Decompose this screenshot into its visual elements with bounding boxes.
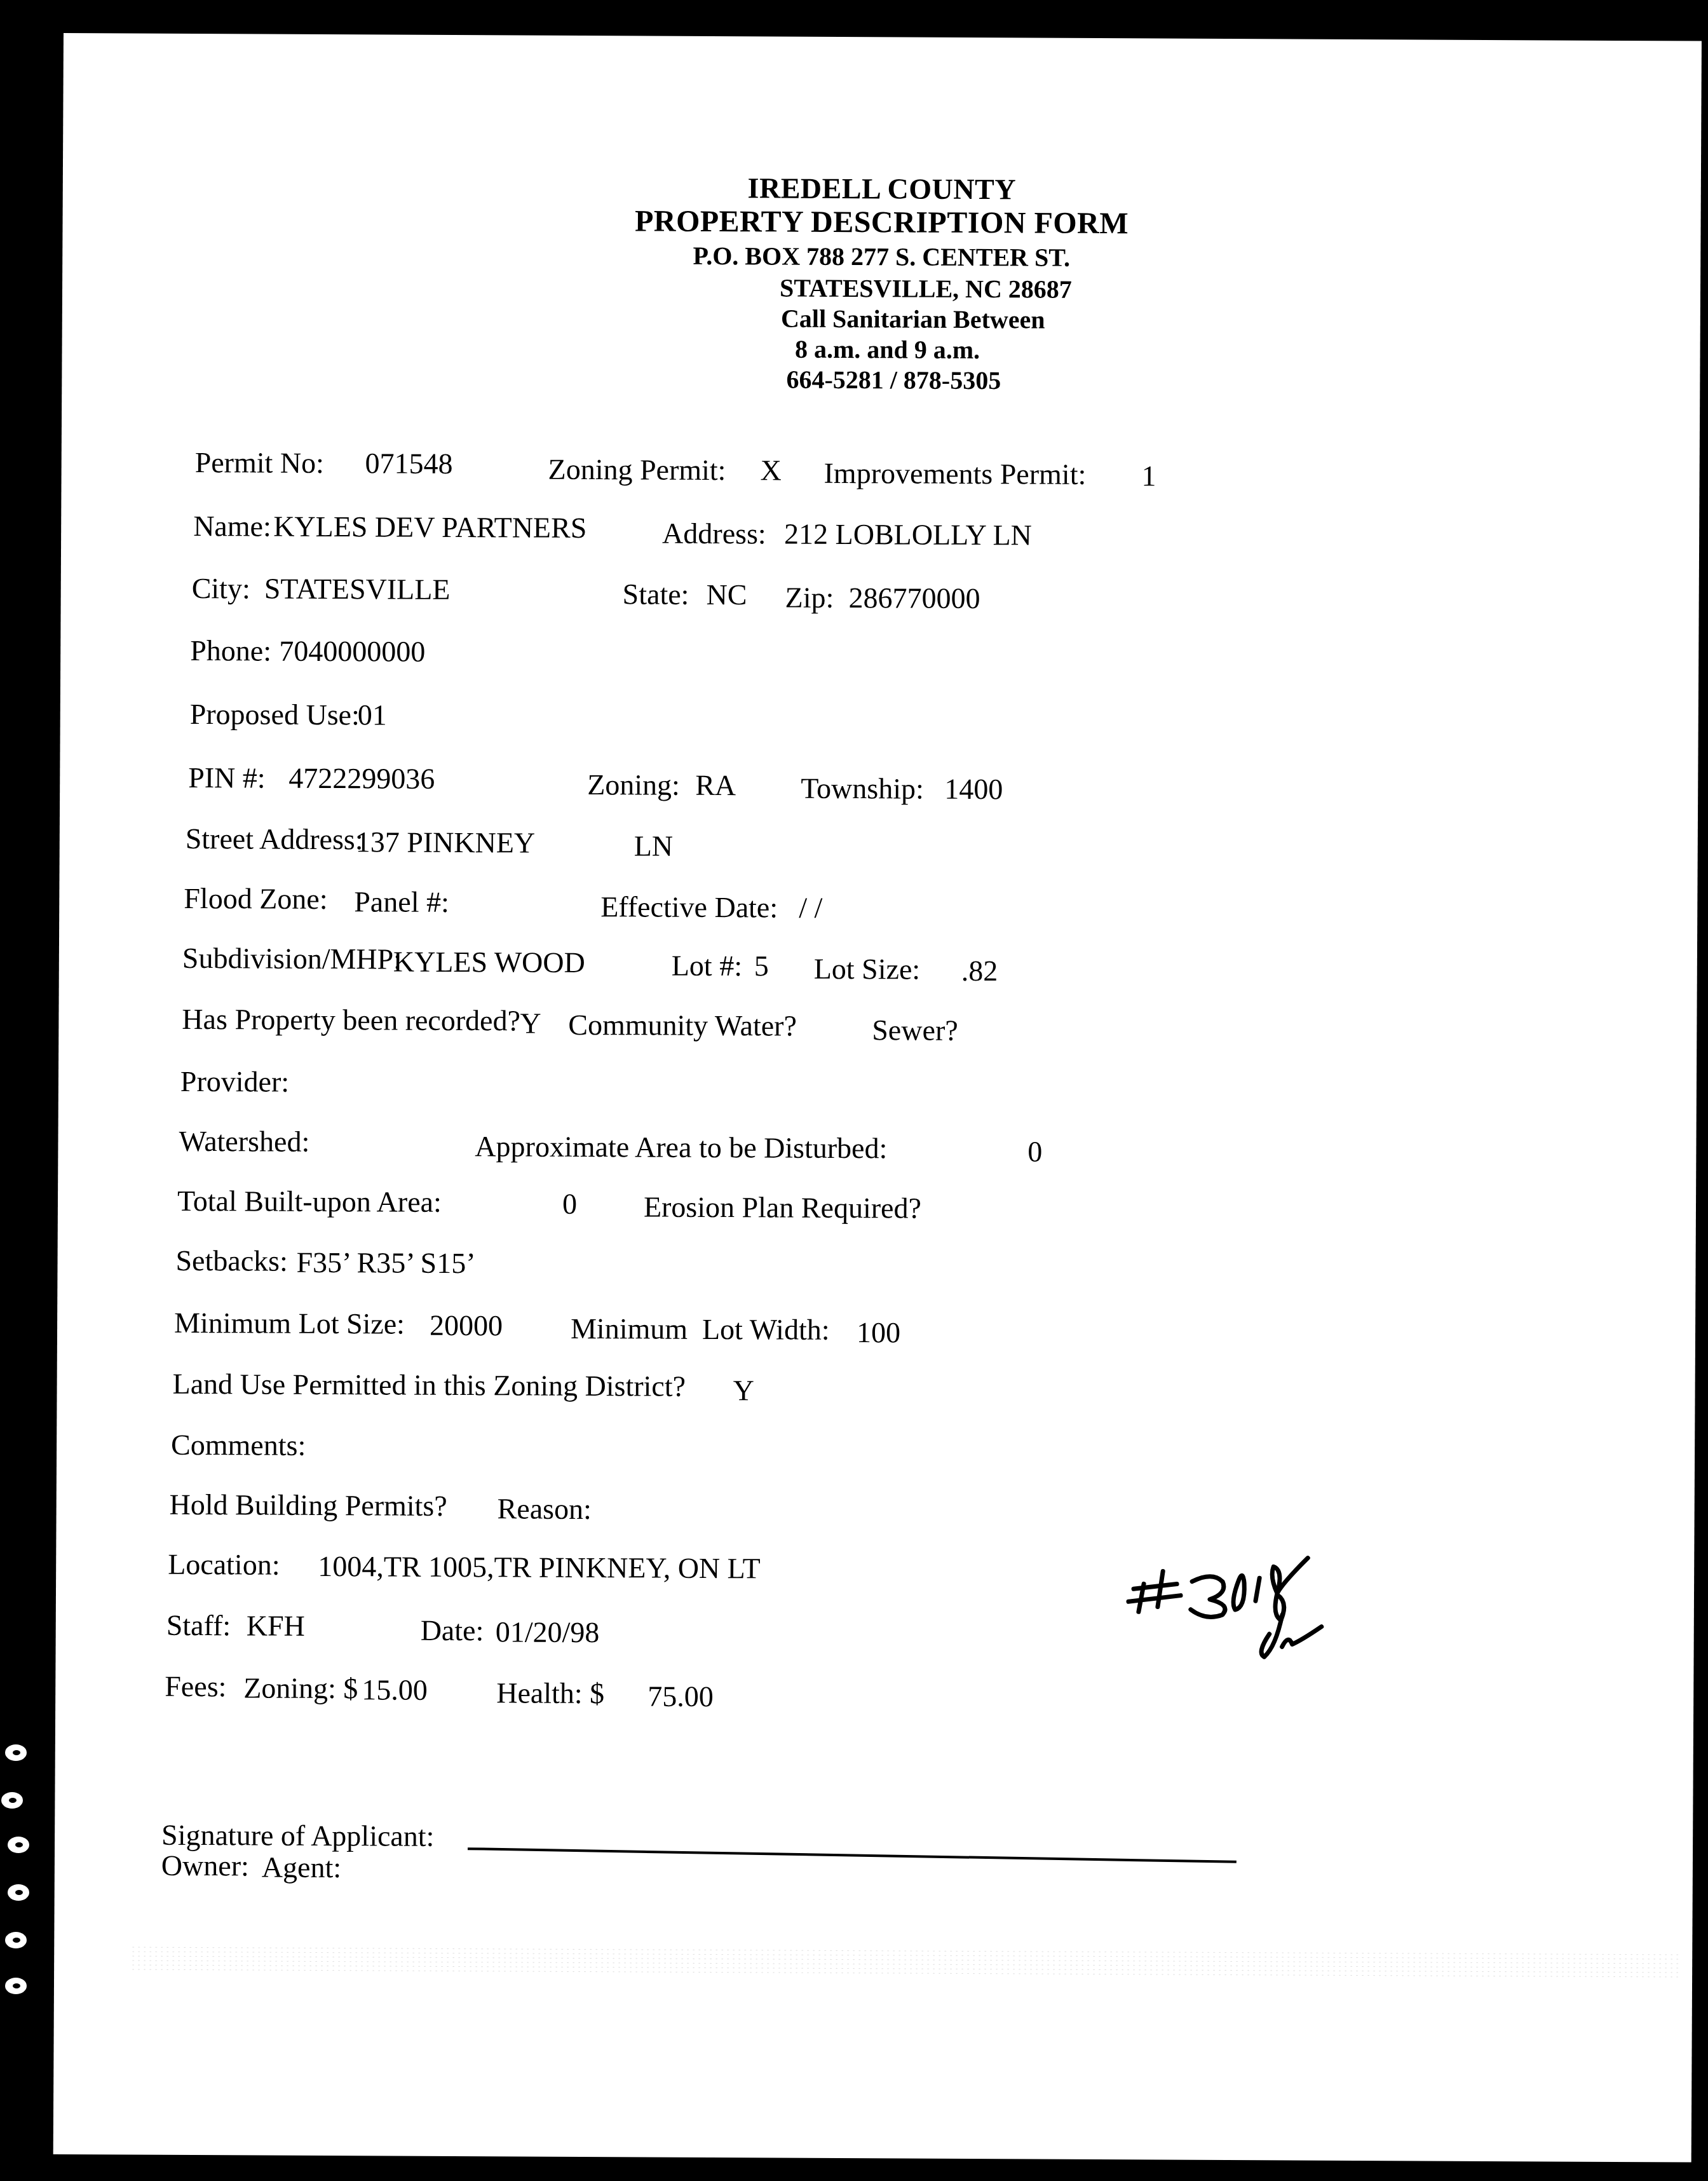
setbacks-value: F35’ R35’ S15’ [296,1248,475,1278]
health-fee-value: 75.00 [647,1682,714,1712]
pin-value: 4722299036 [288,764,435,794]
setbacks-label: Setbacks: [175,1246,288,1276]
erosion-plan-label: Erosion Plan Required? [644,1192,921,1223]
punch-hole [1,1792,23,1809]
min-lot-size-label: Minimum Lot Size: [174,1308,405,1339]
signature-line[interactable] [468,1847,1237,1863]
signature-label: Signature of Applicant: [161,1821,434,1851]
punch-hole [5,1744,27,1761]
staff-value: KFH [247,1611,305,1640]
lot-size-value: .82 [961,956,998,986]
date-label: Date: [421,1616,484,1645]
mailing-address: P.O. BOX 788 277 S. CENTER ST. [62,238,1700,276]
proposed-use-label: Proposed Use: [190,700,360,730]
subdivision-label: Subdivision/MHP: [182,944,402,974]
recorded-value: Y [520,1009,541,1038]
effective-date-value: / / [799,893,822,923]
location-label: Location: [168,1550,280,1580]
zoning-permit-value: X [761,456,782,485]
zip-value: 286770000 [849,583,980,613]
sewer-label: Sewer? [872,1016,958,1045]
min-lot-size-value: 20000 [430,1311,503,1341]
effective-date-label: Effective Date: [600,892,778,922]
agent-label: Agent: [262,1853,341,1883]
phone-label: Phone: [190,636,271,666]
panel-label: Panel #: [354,887,449,917]
street-address-label: Street Address: [186,824,363,854]
permit-no-label: Permit No: [195,448,324,478]
zip-label: Zip: [785,583,834,613]
area-disturbed-label: Approximate Area to be Disturbed: [475,1132,887,1163]
min-lot-width-value: 100 [857,1318,900,1347]
date-value: 01/20/98 [496,1617,600,1647]
health-fee-label: Health: $ [496,1678,604,1708]
document-page: IREDELL COUNTY PROPERTY DESCRIPTION FORM… [53,33,1702,2163]
built-upon-area-label: Total Built-upon Area: [177,1186,442,1217]
area-disturbed-value: 0 [1027,1137,1042,1166]
city-value: STATESVILLE [264,574,451,604]
zoning-fee-value: 15.00 [362,1675,428,1705]
address-value: 212 LOBLOLLY LN [784,520,1032,550]
punch-hole [5,1932,27,1948]
city-label: City: [192,574,250,603]
staff-label: Staff: [166,1611,231,1640]
punch-hole [8,1884,29,1901]
punch-hole [8,1837,29,1853]
land-use-label: Land Use Permitted in this Zoning Distri… [173,1369,686,1401]
built-upon-area-value: 0 [562,1190,577,1219]
fees-label: Fees: [165,1672,226,1701]
improvements-permit-label: Improvements Permit: [824,459,1087,489]
recorded-label: Has Property been recorded? [182,1005,520,1036]
phone-value: 7040000000 [279,637,425,667]
name-label: Name: [193,512,271,541]
form-title: PROPERTY DESCRIPTION FORM [62,201,1700,244]
lot-no-value: 5 [754,951,769,981]
zoning-value: RA [695,771,736,800]
proposed-use-value: 01 [358,700,387,730]
township-label: Township: [801,774,924,804]
state-value: NC [707,580,747,609]
lot-no-label: Lot #: [672,951,742,981]
handwritten-note [1097,1538,1365,1695]
zoning-label: Zoning: [587,770,680,800]
reason-label: Reason: [498,1494,592,1524]
township-value: 1400 [944,775,1003,804]
community-water-label: Community Water? [568,1010,797,1041]
owner-label: Owner: [161,1851,249,1881]
min-lot-width-label: Minimum Lot Width: [571,1314,830,1345]
street-address-value: 137 PINKNEY [356,827,536,857]
hold-permits-label: Hold Building Permits? [170,1490,447,1521]
address-label: Address: [662,519,766,549]
lot-size-label: Lot Size: [814,955,921,984]
zoning-permit-label: Zoning Permit: [548,455,726,485]
handwritten-number-icon [1097,1538,1365,1692]
pin-label: PIN #: [188,763,266,793]
watershed-label: Watershed: [179,1127,309,1157]
flood-zone-label: Flood Zone: [184,884,327,914]
location-value: 1004,TR 1005,TR PINKNEY, ON LT [318,1552,761,1583]
scan-noise [130,1945,1681,1978]
punch-hole [5,1978,27,1994]
state-label: State: [623,580,689,609]
street-address-suffix: LN [634,831,674,860]
name-value: KYLES DEV PARTNERS [273,512,586,543]
permit-no-value: 071548 [365,449,453,479]
land-use-value: Y [733,1376,754,1405]
zoning-fee-label: Zoning: $ [243,1673,358,1703]
improvements-permit-value: 1 [1142,461,1156,491]
provider-label: Provider: [180,1067,289,1097]
subdivision-value: KYLES WOOD [393,948,585,977]
comments-label: Comments: [171,1430,306,1460]
